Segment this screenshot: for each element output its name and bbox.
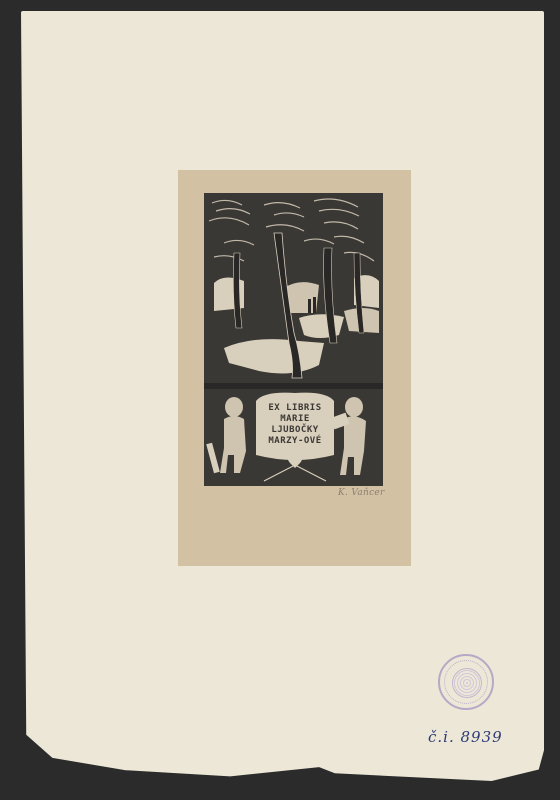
woodcut-print: EX LIBRIS MARIE LJUBOČKY MARZY-OVÉ xyxy=(204,193,383,486)
collection-stamp xyxy=(438,654,494,710)
inscription-line-1: EX LIBRIS xyxy=(268,403,321,414)
ex-libris-inscription: EX LIBRIS MARIE LJUBOČKY MARZY-OVÉ xyxy=(256,391,334,459)
artist-signature: K. Vaňcer xyxy=(338,488,385,498)
inventory-number: č.i. 8939 xyxy=(428,728,503,746)
stamp-emblem xyxy=(452,668,482,698)
inscription-line-4: MARZY-OVÉ xyxy=(268,436,321,447)
inscription-line-3: LJUBOČKY xyxy=(271,425,318,436)
inscription-line-2: MARIE xyxy=(280,414,310,425)
